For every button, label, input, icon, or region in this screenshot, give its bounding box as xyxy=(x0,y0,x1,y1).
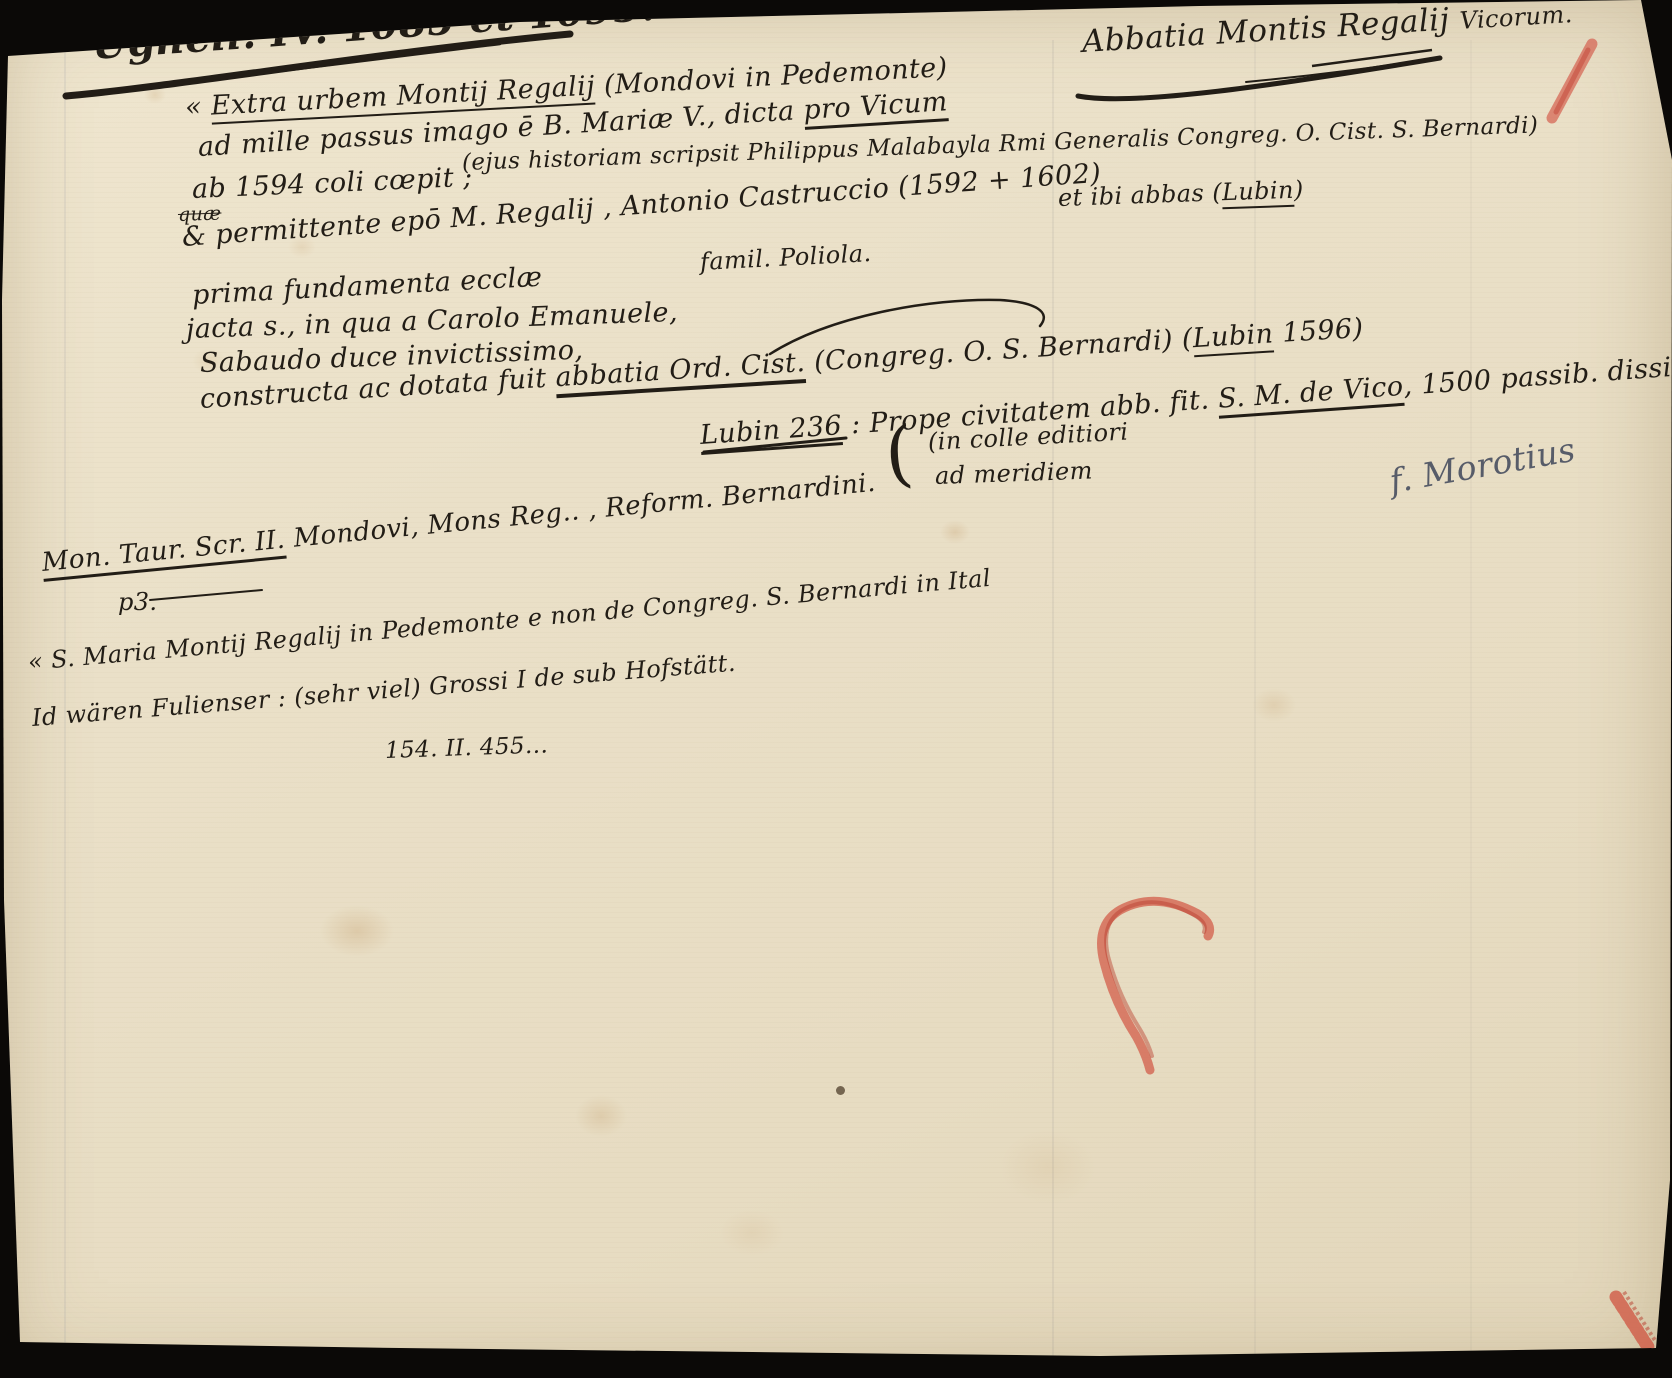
blue-note-text: f. Morotius xyxy=(1387,430,1579,501)
line-text: , 1500 passib. dissita . xyxy=(1402,349,1672,402)
line-text: « S. Maria Montij Regalij in Pedemonte e… xyxy=(27,564,992,676)
stain xyxy=(940,520,970,544)
stain xyxy=(144,86,166,104)
line-s-maria: « S. Maria Montij Regalij in Pedemonte e… xyxy=(27,564,992,676)
margin-note-blue: f. Morotius xyxy=(1387,430,1579,501)
line-quae: ab 1594 coli cœpit ; xyxy=(191,162,473,205)
red-crayon-slash-mark xyxy=(1552,44,1592,118)
header-citation: Ughell. IV. 1085 et 1095. xyxy=(90,0,656,69)
red-crayon-hook-mark xyxy=(1102,901,1210,1070)
red-crayon-hatch-mark xyxy=(1616,1297,1650,1350)
page-number-text: p3. xyxy=(118,588,157,616)
line-poliola: famil. Poliola. xyxy=(699,239,872,276)
ink-speck xyxy=(836,1086,845,1095)
red-crayon-slash-core xyxy=(1556,50,1588,112)
citation-text: Ughell. IV. 1085 et 1095. xyxy=(90,0,656,69)
brace-glyph: ( xyxy=(882,410,916,496)
flourish-underline-title-2 xyxy=(1246,58,1432,82)
header-title: Abbatia Montis Regalij Vicorum. xyxy=(1081,0,1574,60)
underline-vicorum xyxy=(1312,50,1432,66)
red-crayon-hatch-core xyxy=(1624,1292,1656,1342)
paper-crease xyxy=(64,40,66,1358)
line-page: p3. xyxy=(118,588,157,616)
underlined-phrase: pro Vicum xyxy=(802,86,948,130)
underlined-reference: Lubin 236 xyxy=(699,410,843,455)
line-text: ad meridiem xyxy=(935,457,1094,490)
line-text: 1596) xyxy=(1272,313,1364,349)
line-text: ) xyxy=(1293,175,1304,203)
big-brace: ( xyxy=(882,410,916,496)
title-main-text: Abbatia Montis Regalij xyxy=(1081,2,1451,60)
paper-crease xyxy=(1470,40,1472,1358)
title-sub-text: Vicorum. xyxy=(1459,0,1573,35)
underline-montaur-2 xyxy=(150,590,262,600)
stain xyxy=(320,905,394,957)
flourish-underline-title xyxy=(1078,58,1440,99)
line-fulienser-cite: 154. II. 455... xyxy=(385,732,549,764)
stain xyxy=(575,1095,627,1137)
stain xyxy=(720,1210,784,1256)
citation-text: 154. II. 455... xyxy=(385,732,549,764)
line-text: Mondovi, Mons Reg.. , Reform. Bernardini… xyxy=(284,468,877,555)
underlined-lubin: Lubin xyxy=(1221,176,1294,209)
line-mon-taur: Mon. Taur. Scr. II. Mondovi, Mons Reg.. … xyxy=(41,468,877,578)
underlined-reference: Mon. Taur. Scr. II. xyxy=(41,525,287,582)
quote-mark: « xyxy=(184,91,211,123)
line-text: famil. Poliola. xyxy=(699,239,872,276)
line-meridiem: ad meridiem xyxy=(935,457,1094,490)
underlined-abbatia: abbatia Ord. Cist. xyxy=(554,347,806,398)
stain xyxy=(1000,1130,1096,1204)
scanned-card-screen: Ughell. IV. 1085 et 1095. Abbatia Montis… xyxy=(0,0,1672,1378)
underlined-lubin: Lubin xyxy=(1192,318,1275,357)
underlined-vico: S. M. de Vico xyxy=(1217,371,1405,419)
line-text: ab 1594 coli cœpit ; xyxy=(191,162,473,205)
stain xyxy=(1252,688,1296,722)
line-text: (Congreg. O. S. Bernardi) ( xyxy=(804,323,1194,378)
note-card-paper: Ughell. IV. 1085 et 1095. Abbatia Montis… xyxy=(0,0,1672,1378)
underline-vicorum-2 xyxy=(1322,61,1424,75)
red-crayon-hook-core xyxy=(1106,902,1205,1056)
